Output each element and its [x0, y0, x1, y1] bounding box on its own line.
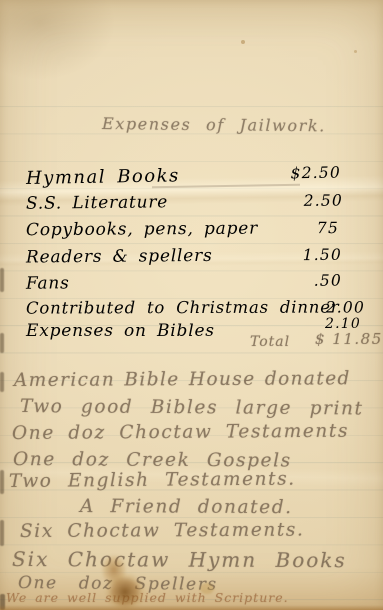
expense-amount: 75 [317, 219, 339, 237]
expense-label: S.S. Literature [26, 192, 168, 213]
expense-row: Fans .50 [26, 270, 369, 298]
expense-amount: 2.50 [304, 191, 343, 209]
closing-note: We are well supplied with Scripture. [6, 590, 289, 605]
edge-mark [0, 333, 4, 353]
expense-label: Fans [26, 273, 70, 293]
expense-row: Copybooks, pens, paper 75 [26, 218, 369, 244]
expense-amount: 1.50 [303, 246, 342, 264]
edge-mark [0, 268, 4, 292]
paper-speck [241, 40, 245, 44]
donation-line: One doz Choctaw Testaments [12, 421, 349, 444]
edge-mark [0, 520, 4, 546]
corner-shadow [0, 0, 115, 80]
expense-row: S.S. Literature 2.50 [26, 190, 369, 218]
edge-mark [0, 470, 4, 494]
paper-spot [200, 583, 214, 594]
donation-line: Six Choctaw Testaments. [20, 520, 305, 542]
document-title: Expenses of Jailwork. [102, 114, 326, 135]
expense-label: Readers & spellers [26, 246, 213, 268]
donation-line: American Bible House donated [14, 368, 351, 391]
donation-line: Six Choctaw Hymn Books [12, 547, 347, 572]
total-label: Total [250, 334, 290, 350]
edge-mark [0, 372, 4, 392]
page-bottom-edge [0, 605, 383, 610]
expense-label: Copybooks, pens, paper [26, 219, 258, 241]
donation-line: Two good Bibles large print [20, 396, 364, 419]
expense-amount: .50 [314, 271, 342, 289]
paper-speck [354, 50, 357, 53]
total-amount: $ 11.85 [315, 330, 383, 348]
expense-amount: 2.00 [326, 298, 365, 316]
expense-row: Contributed to Christmas dinner 2.00 [26, 297, 369, 322]
donation-line: Two English Testaments. [9, 468, 296, 492]
donation-line: A Friend donated. [80, 496, 293, 518]
expense-amount: $2.50 [290, 163, 341, 182]
expense-row: Readers & spellers 1.50 [26, 245, 369, 272]
scanned-ledger-page: Expenses of Jailwork. Hymnal Books $2.50… [0, 0, 383, 610]
expense-label: Contributed to Christmas dinner [26, 298, 340, 318]
expense-label: Expenses on Bibles [26, 321, 215, 341]
